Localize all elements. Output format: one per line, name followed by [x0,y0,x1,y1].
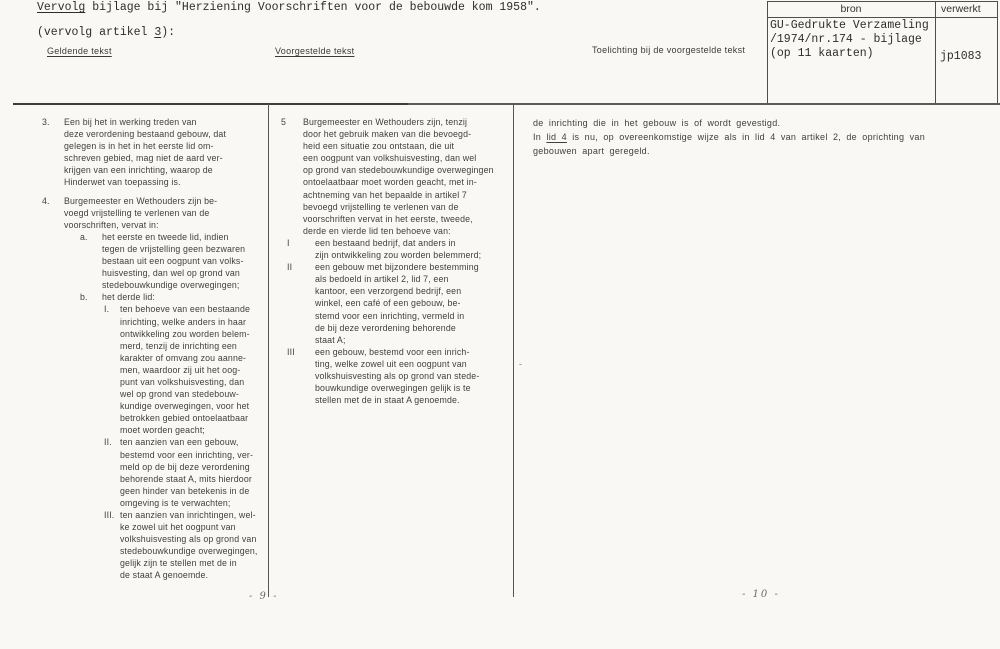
title-underlined-word: Vervolg [37,1,85,14]
item-text: ten aanzien van een gebouw, bestemd voor… [120,436,268,509]
item-text: Burgemeester en Wethouders zijn be- voeg… [64,195,268,231]
ref-box-header-verwerkt: verwerkt [941,3,981,15]
item-marker: 5 [281,116,286,128]
document-item: b.het derde lid: [64,291,268,303]
document-item: I.ten behoeve van een bestaande inrichti… [64,303,268,436]
toelichting-column: de inrichting die in het gebouw is of wo… [533,117,969,158]
page-number-left: - 9 - [249,591,278,602]
document-item: Ieen bestaand bedrijf, dat anders in zij… [303,237,517,261]
header-horizontal-rule [13,103,1000,105]
item-text: het derde lid: [102,291,268,303]
ref-box-processed-value: jp1083 [940,50,981,63]
item-marker: II. [104,436,112,448]
ref-box-right-border [997,1,998,103]
page-number-right: - 10 - [742,589,780,600]
column-header-geldende-tekst: Geldende tekst [47,46,112,56]
geldende-tekst-column: 3.Een bij het in werking treden van deze… [64,116,268,582]
item-text: ten aanzien van inrichtingen, wel- ke zo… [120,509,268,582]
column-header-voorgestelde-tekst: Voorgestelde tekst [275,46,354,56]
document-title: Vervolg bijlage bij "Herziening Voorschr… [37,1,541,14]
toelichting-text-post: is nu, op overeenkomstige wijze als in l… [533,132,925,156]
column-divider-left [268,104,269,597]
item-marker: b. [80,291,88,303]
item-marker: 4. [42,195,50,207]
subtitle-post: ): [161,26,175,39]
title-rest: bijlage bij "Herziening Voorschriften vo… [85,1,540,14]
document-item: III.ten aanzien van inrichtingen, wel- k… [64,509,268,582]
ref-box-header-bron: bron [767,3,935,15]
item-marker: 3. [42,116,50,128]
voorgestelde-tekst-column: 5Burgemeester en Wethouders zijn, tenzij… [303,116,517,406]
ref-box-header-rule [767,17,998,18]
item-marker: II [287,261,292,273]
item-marker: III [287,346,295,358]
ref-box-source-value: GU-Gedrukte Verzameling /1974/nr.174 - b… [770,19,929,61]
item-text: Een bij het in werking treden van deze v… [64,116,268,189]
document-item: a.het eerste en tweede lid, indien tegen… [64,231,268,291]
item-text: een gebouw met bijzondere bestemming als… [315,261,517,346]
item-marker: I [287,237,290,249]
item-marker: I. [104,303,109,315]
document-item: 3.Een bij het in werking treden van deze… [64,116,268,189]
subtitle-pre: (vervolg artikel [37,26,154,39]
item-text: het eerste en tweede lid, indien tegen d… [102,231,268,291]
item-marker: a. [80,231,88,243]
item-text: ten behoeve van een bestaande inrichting… [120,303,268,436]
item-text: een bestaand bedrijf, dat anders in zijn… [315,237,517,261]
document-item: 5Burgemeester en Wethouders zijn, tenzij… [303,116,517,237]
ref-box-top-border [767,1,998,2]
stray-mark: - [519,359,522,369]
document-item: IIIeen gebouw, bestemd voor een inrich- … [303,346,517,406]
column-header-toelichting: Toelichting bij de voorgestelde tekst [592,45,745,55]
ref-box-left-border [767,1,768,103]
document-item: IIeen gebouw met bijzondere bestemming a… [303,261,517,346]
document-item: II.ten aanzien van een gebouw, bestemd v… [64,436,268,509]
item-text: een gebouw, bestemd voor een inrich- tin… [315,346,517,406]
item-text: Burgemeester en Wethouders zijn, tenzij … [303,116,517,237]
document-item: 4.Burgemeester en Wethouders zijn be- vo… [64,195,268,231]
item-marker: III. [104,509,114,521]
toelichting-underlined-ref: lid 4 [546,132,567,142]
document-subtitle: (vervolg artikel 3): [37,26,175,39]
ref-box-column-divider [935,1,936,103]
